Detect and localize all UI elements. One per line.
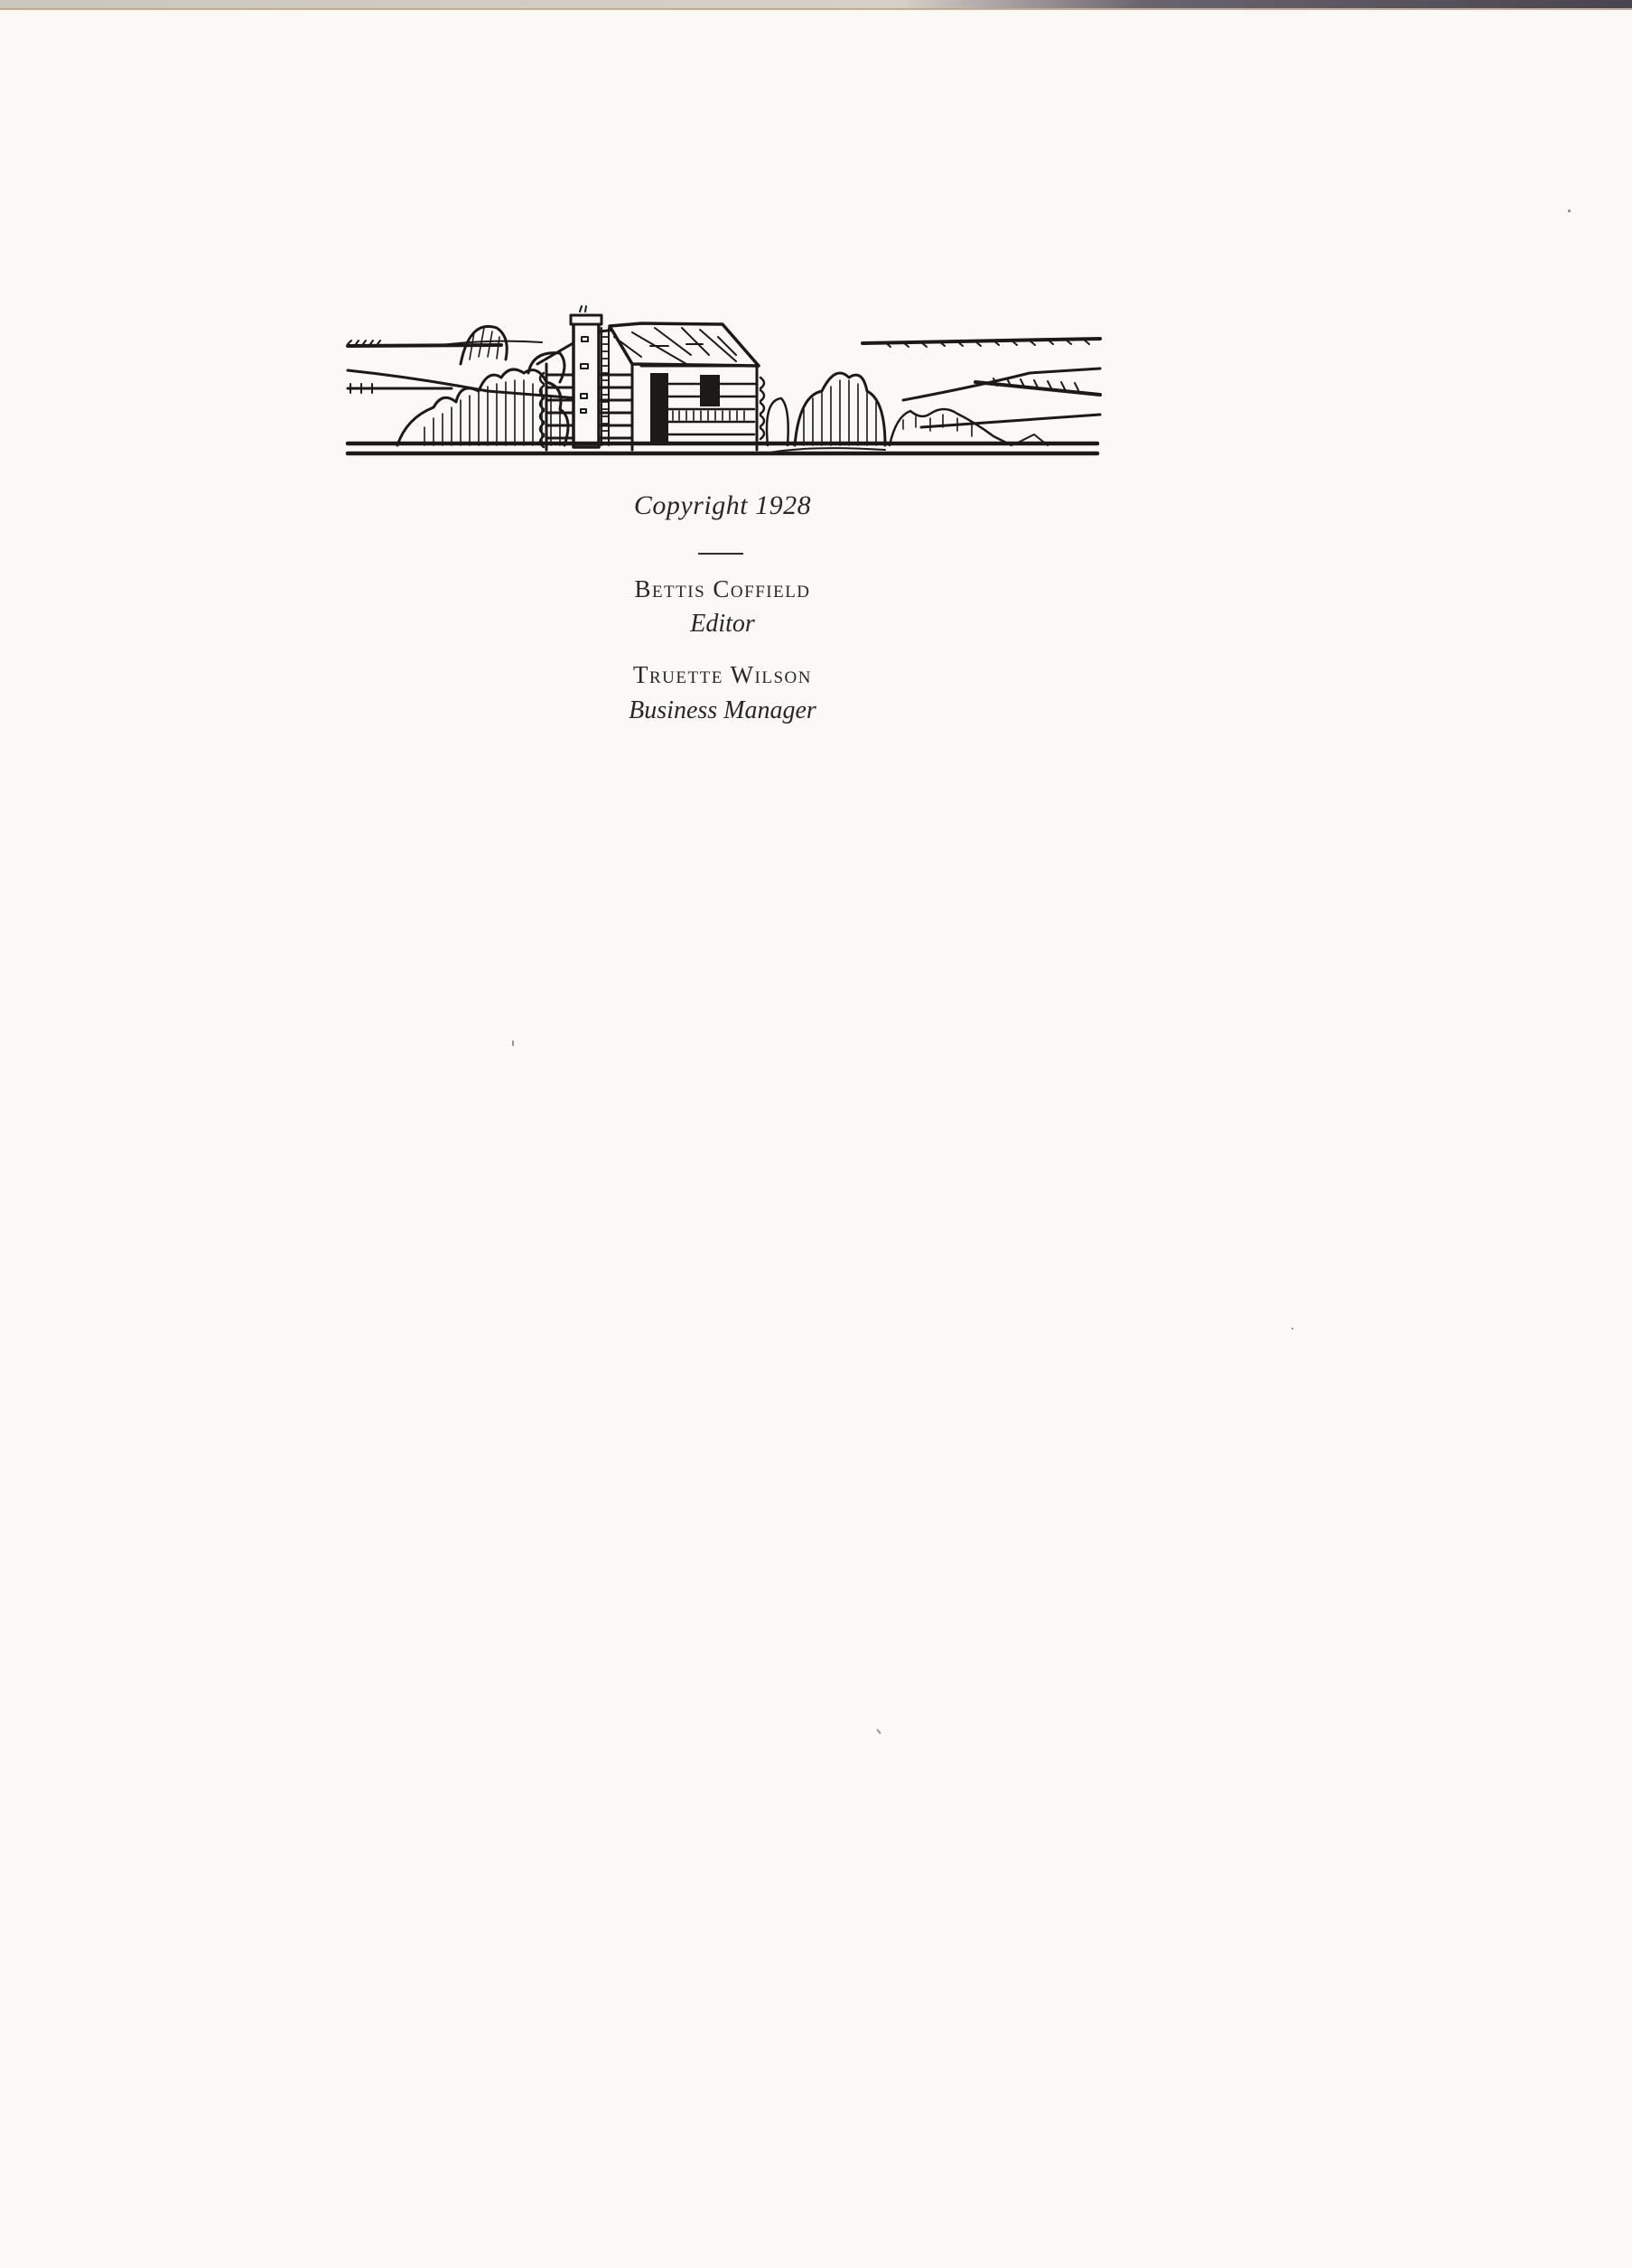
divider-rule: [698, 553, 743, 555]
cabin-landscape-illustration: [343, 301, 1102, 459]
paper-speck: [1568, 210, 1571, 212]
copyright-notice: Copyright 1928: [542, 490, 903, 521]
paper-speck: [512, 1041, 514, 1046]
editor-name: Bettis Coffield: [542, 575, 903, 603]
page-top-edge: [0, 0, 1632, 10]
paper-speck: [876, 1729, 881, 1734]
business-manager-title: Business Manager: [542, 696, 903, 725]
business-manager-name: Truette Wilson: [542, 661, 903, 689]
editor-title: Editor: [542, 610, 903, 639]
paper-speck: [1292, 1328, 1293, 1330]
